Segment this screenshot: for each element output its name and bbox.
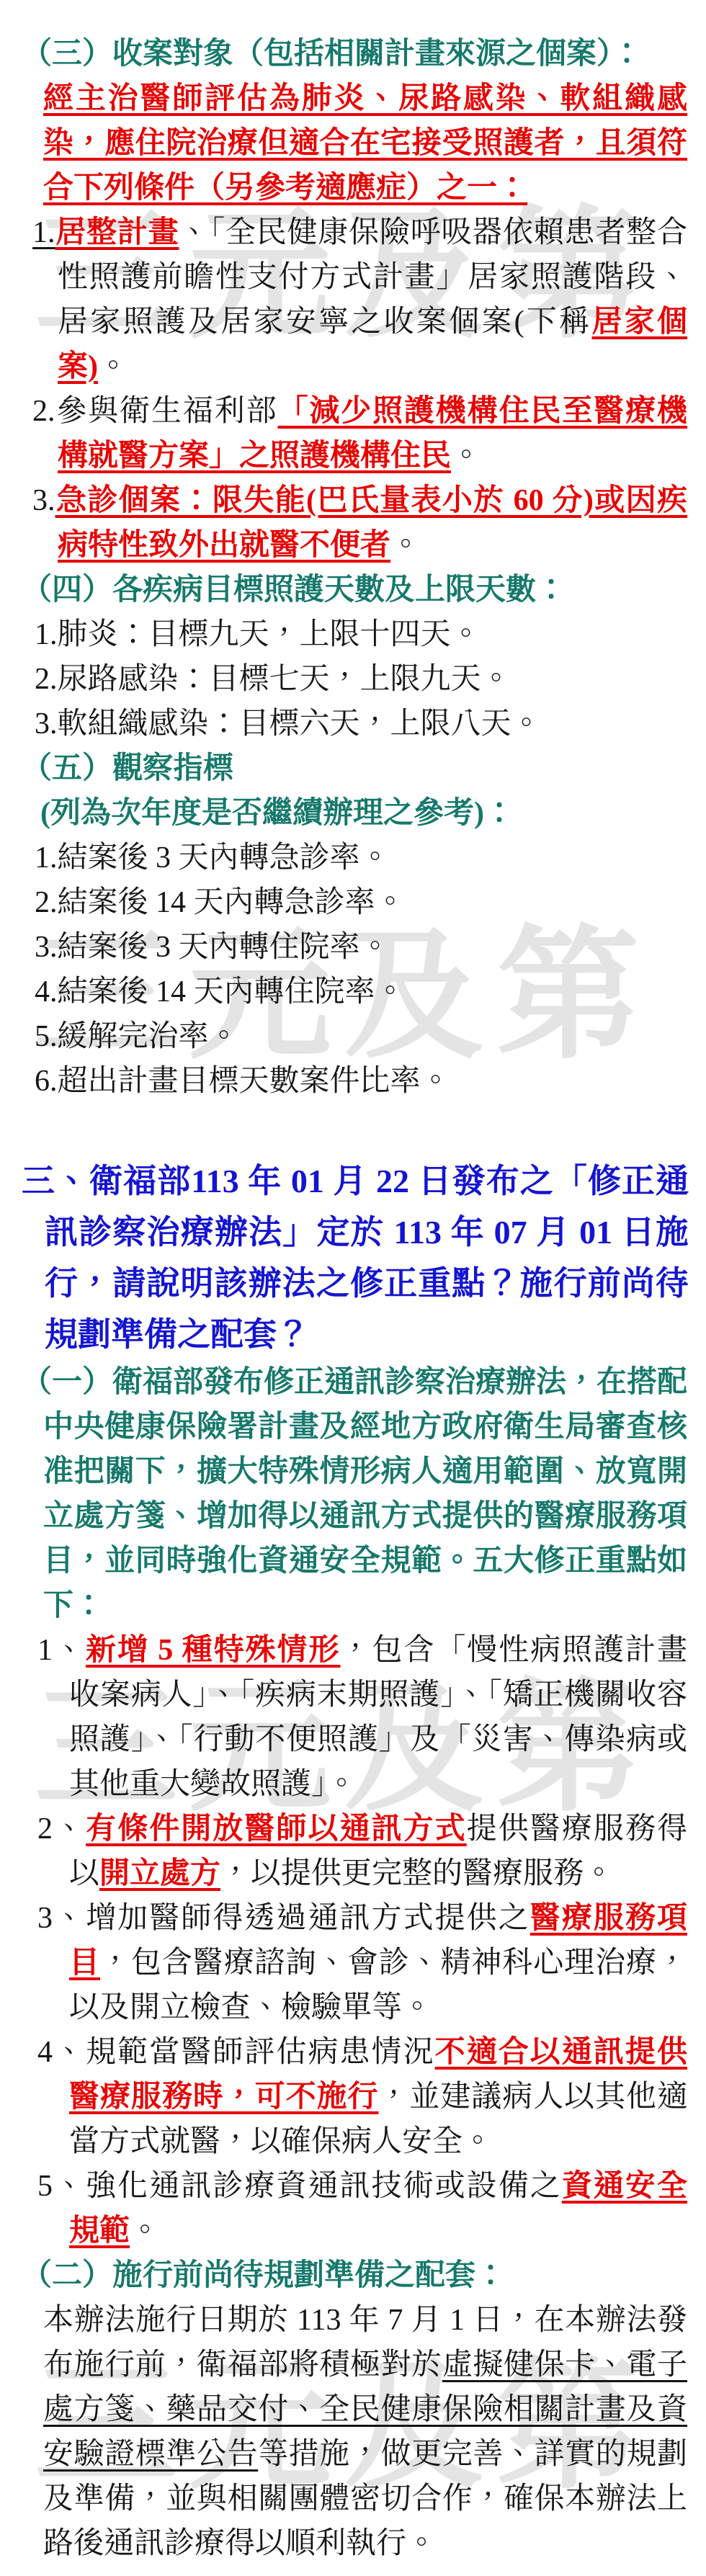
care-days-item-1: 1.肺炎：目標九天，上限十四天。: [35, 612, 687, 657]
criteria-red-text: 經主治醫師評估為肺炎、尿路感染、軟組織感染，應住院治療但適合在宅接受照護者，且須…: [43, 82, 687, 205]
care-days-item-3: 3.軟組織感染：目標六天，上限八天。: [35, 702, 687, 746]
revision-point-5: 5、強化通訊診療資通訊技術或設備之資通安全規範。: [69, 2164, 687, 2253]
revision-point-1: 1、新增 5 種特殊情形，包含「慢性病照護計畫收案病人」、「疾病末期照護」、「矯…: [69, 1628, 687, 1807]
indicator-item-5: 5.緩解完治率。: [35, 1014, 687, 1059]
section-4-heading: （四）各疾病目標照護天數及上限天數：: [22, 568, 689, 612]
answer-part-1-paragraph: （一）衛福部發布修正通訊診察治療辦法，在搭配中央健康保險署計畫及經地方政府衛生局…: [43, 1360, 687, 1628]
indicator-item-1: 1.結案後 3 天內轉急診率。: [35, 836, 687, 880]
document-content: （三）收案對象（包括相關計畫來源之個案）： 經主治醫師評估為肺炎、尿路感染、軟組…: [0, 0, 706, 2566]
revision-point-3: 3、增加醫師得透過通訊方式提供之醫療服務項目，包含醫療諮詢、會診、精神科心理治療…: [69, 1896, 687, 2030]
section-5-heading: （五）觀察指標: [22, 746, 689, 791]
document-page: 三元及第 三元及第 三元及第 三元及第 （三）收案對象（包括相關計畫來源之個案）…: [0, 0, 706, 2576]
section-3-heading: （三）收案對象（包括相關計畫來源之個案）：: [22, 32, 689, 76]
question-3-heading: 三、衛福部113 年 01 月 22 日發布之「修正通訊診察治療辦法」定於 11…: [45, 1155, 689, 1360]
intake-item-1: 1.居整計畫、「全民健康保險呼吸器依賴患者整合性照護前瞻性支付方式計畫」居家照護…: [58, 210, 687, 389]
intake-item-2: 2.參與衛生福利部「減少照護機構住民至醫療機構就醫方案」之照護機構住民。: [58, 389, 687, 478]
answer-part-2-paragraph: 本辦法施行日期於 113 年 7 月 1 日，在本辦法發布施行前，衛福部將積極對…: [43, 2298, 687, 2566]
indicator-item-4: 4.結案後 14 天內轉住院率。: [35, 970, 687, 1014]
section-3-criteria-paragraph: 經主治醫師評估為肺炎、尿路感染、軟組織感染，應住院治療但適合在宅接受照護者，且須…: [43, 76, 687, 210]
indicator-item-2: 2.結案後 14 天內轉急診率。: [35, 880, 687, 925]
intake-item-3: 3.急診個案：限失能(巴氏量表小於 60 分)或因疾病特性致外出就醫不便者。: [58, 478, 687, 568]
section-5-note: (列為次年度是否繼續辦理之參考)：: [40, 791, 687, 836]
revision-point-2: 2、有條件開放醫師以通訊方式提供醫療服務得以開立處方，以提供更完整的醫療服務。: [69, 1807, 687, 1896]
care-days-item-2: 2.尿路感染：目標七天，上限九天。: [35, 657, 687, 702]
answer-part-2-heading: （二）施行前尚待規劃準備之配套：: [22, 2253, 689, 2298]
indicator-item-3: 3.結案後 3 天內轉住院率。: [35, 925, 687, 970]
indicator-item-6: 6.超出計畫目標天數案件比率。: [35, 1059, 687, 1104]
revision-point-4: 4、規範當醫師評估病患情況不適合以通訊提供醫療服務時，可不施行，並建議病人以其他…: [69, 2030, 687, 2164]
